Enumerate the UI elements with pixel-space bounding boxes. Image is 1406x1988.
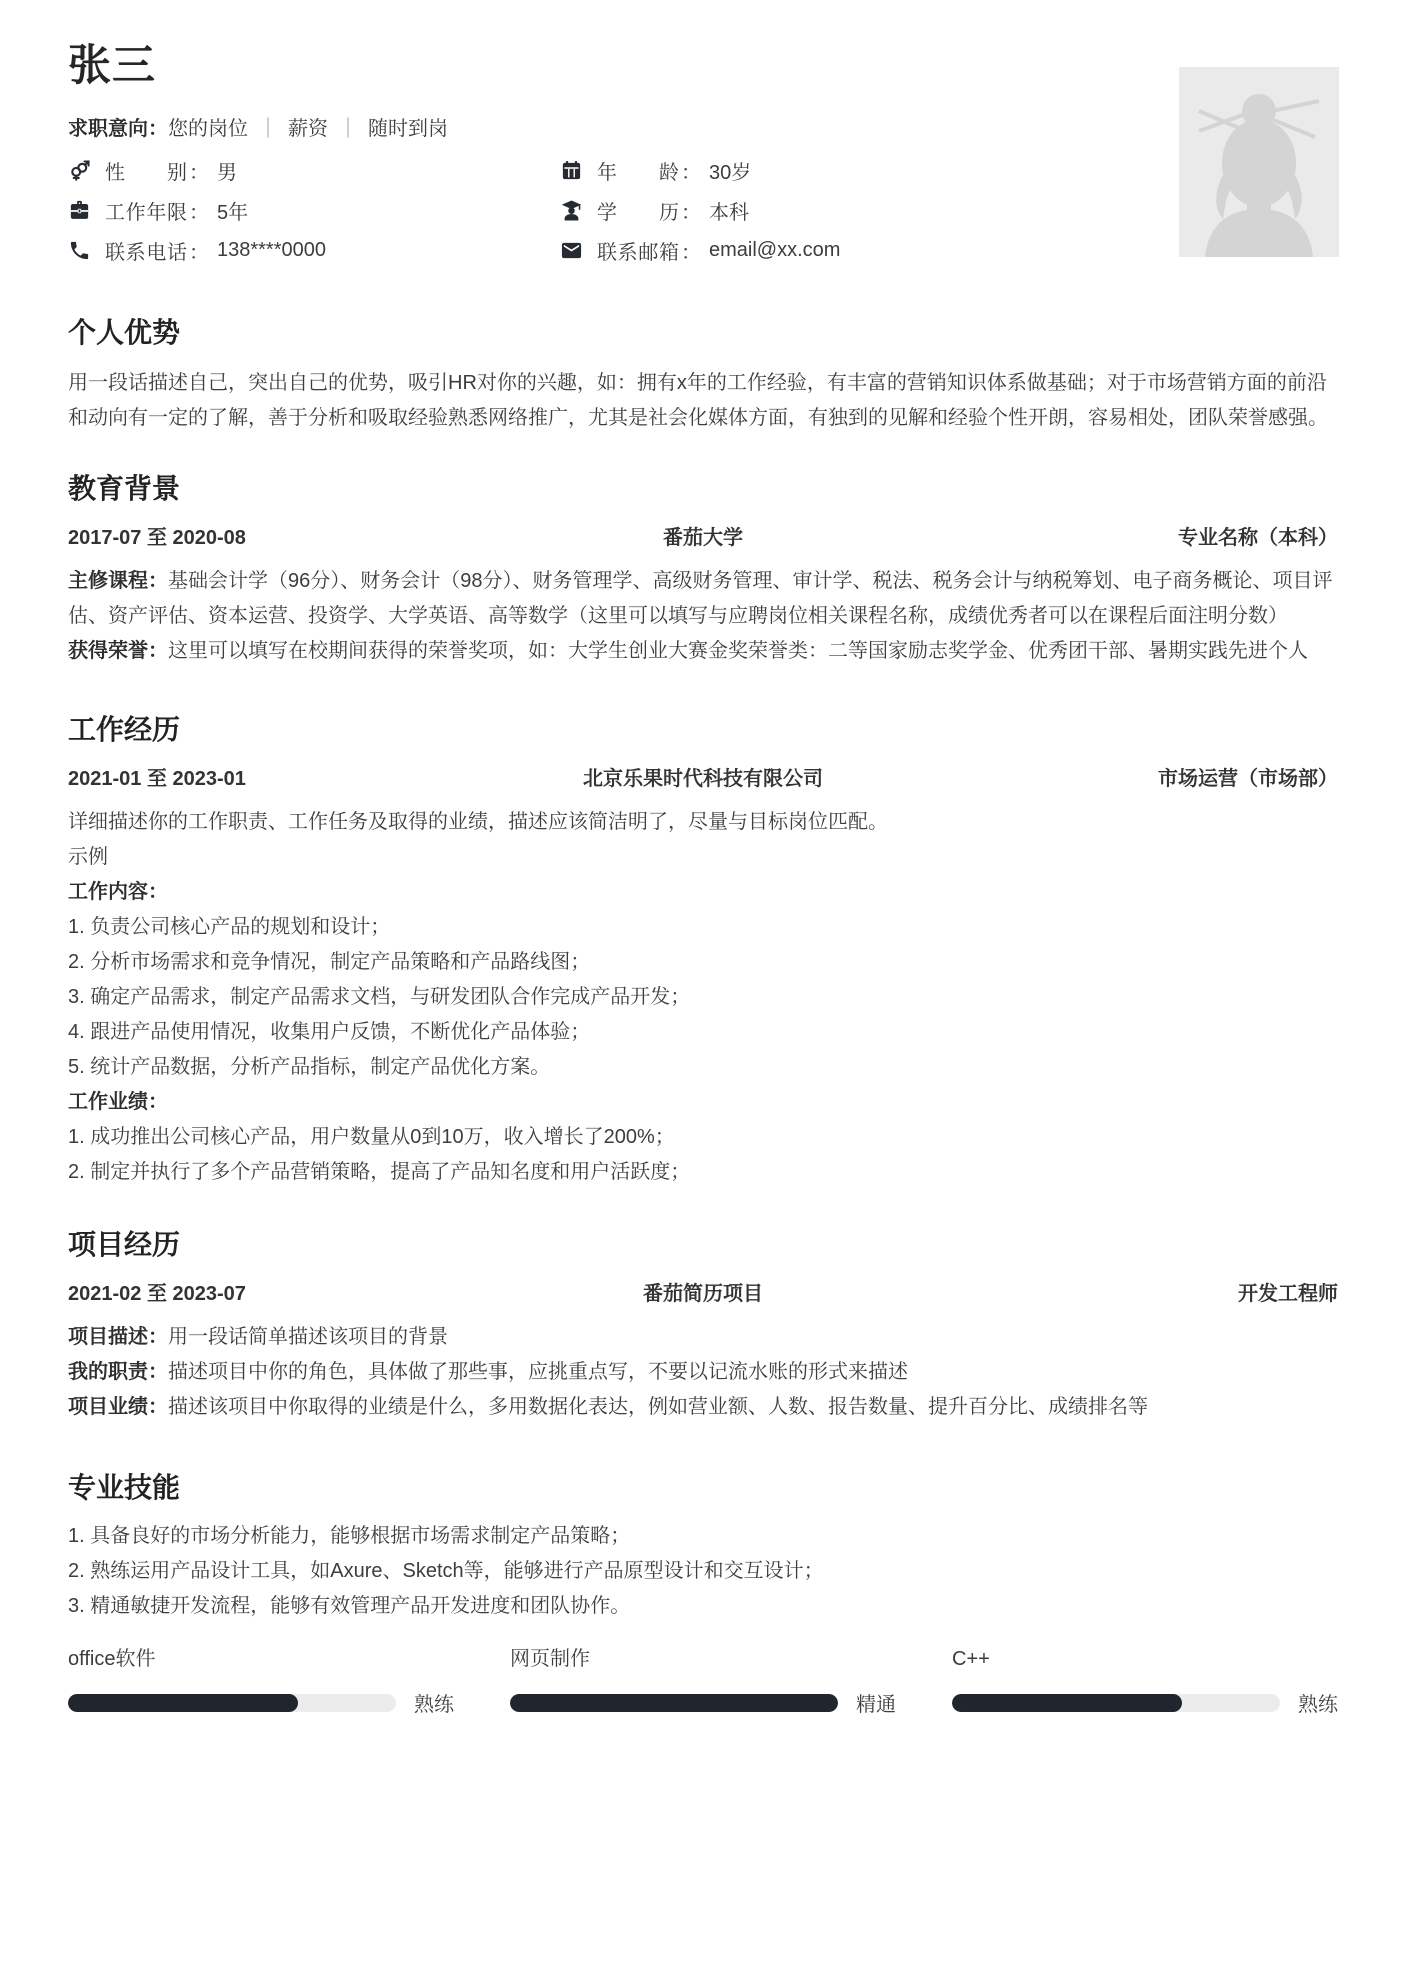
avatar — [1179, 67, 1339, 257]
info-value: 5年 — [217, 196, 248, 225]
info-label: 学历 — [597, 196, 679, 225]
work-content-item: 4. 跟进产品使用情况，收集用户反馈，不断优化产品体验； — [68, 1015, 1338, 1050]
project-name: 番茄简历项目 — [643, 1280, 763, 1308]
section-work: 工作经历 2021-01 至 2023-01 北京乐果时代科技有限公司 市场运营… — [68, 711, 1338, 1190]
briefcase-icon — [68, 199, 91, 222]
work-intro: 详细描述你的工作职责、工作任务及取得的业绩，描述应该简洁明了，尽量与目标岗位匹配… — [68, 805, 1338, 840]
envelope-icon — [560, 239, 583, 262]
info-label: 性别 — [105, 156, 187, 185]
skill-item: 2. 熟练运用产品设计工具，如Axure、Sketch等，能够进行产品原型设计和… — [68, 1554, 1338, 1589]
job-intent-availability: 随时到岗 — [368, 118, 448, 140]
info-age: 年龄：30岁 — [560, 150, 1118, 190]
skill-item: 1. 具备良好的市场分析能力，能够根据市场需求制定产品策略； — [68, 1519, 1338, 1554]
strengths-text: 用一段话描述自己，突出自己的优势，吸引HR对你的兴趣，如：拥有x年的工作经验，有… — [68, 366, 1338, 436]
project-duty: 我的职责：描述项目中你的角色，具体做了那些事，应挑重点写，不要以记流水账的形式来… — [68, 1355, 1338, 1390]
education-period: 2017-07 至 2020-08 — [68, 524, 663, 552]
job-intent-colon: ： — [148, 118, 168, 140]
info-value: email@xx.com — [709, 239, 840, 262]
skill-bar-name: office软件 — [68, 1646, 454, 1672]
section-title-strengths: 个人优势 — [68, 314, 1338, 352]
info-colon: ： — [187, 236, 217, 265]
section-title-work: 工作经历 — [68, 711, 1338, 749]
education-school: 番茄大学 — [663, 524, 743, 552]
honors-label: 获得荣誉： — [68, 640, 168, 662]
work-content-item: 2. 分析市场需求和竞争情况，制定产品策略和产品路线图； — [68, 945, 1338, 980]
info-label: 联系邮箱 — [597, 236, 679, 265]
separator: ｜ — [248, 118, 288, 140]
info-value: 138****0000 — [217, 239, 326, 262]
skill-bar-office: office软件 熟练 — [68, 1646, 454, 1717]
section-title-education: 教育背景 — [68, 470, 1338, 508]
project-description-text: 用一段话简单描述该项目的背景 — [168, 1326, 448, 1348]
work-company: 北京乐果时代科技有限公司 — [583, 765, 823, 793]
info-value: 30岁 — [709, 156, 751, 185]
info-colon: ： — [679, 196, 709, 225]
work-content-label: 工作内容： — [68, 875, 1338, 910]
honors-text: 这里可以填写在校期间获得的荣誉奖项，如：大学生创业大赛金奖荣誉类：二等国家励志奖… — [168, 640, 1308, 662]
separator: ｜ — [328, 118, 368, 140]
skill-bar-web: 网页制作 精通 — [510, 1646, 896, 1717]
info-colon: ： — [187, 156, 217, 185]
job-intent-salary: 薪资 — [288, 118, 328, 140]
project-description-label: 项目描述： — [68, 1326, 168, 1348]
skill-bar-name: 网页制作 — [510, 1646, 896, 1672]
project-results: 项目业绩：描述该项目中你取得的业绩是什么，多用数据化表达，例如营业额、人数、报告… — [68, 1390, 1338, 1425]
education-major: 专业名称（本科） — [743, 524, 1338, 552]
project-description: 项目描述：用一段话简单描述该项目的背景 — [68, 1320, 1338, 1355]
info-label: 工作年限 — [105, 196, 187, 225]
education-row: 2017-07 至 2020-08 番茄大学 专业名称（本科） — [68, 524, 1338, 552]
section-education: 教育背景 2017-07 至 2020-08 番茄大学 专业名称（本科） 主修课… — [68, 470, 1338, 669]
phone-icon — [68, 239, 91, 262]
info-colon: ： — [679, 156, 709, 185]
skill-bar-level: 精通 — [856, 1688, 896, 1717]
job-intent-line: 求职意向：您的岗位｜薪资｜随时到岗 — [68, 116, 1338, 142]
candidate-name: 张三 — [68, 44, 1338, 88]
project-duty-label: 我的职责： — [68, 1361, 168, 1383]
work-results-label: 工作业绩： — [68, 1085, 1338, 1120]
skill-bar-track — [68, 1694, 396, 1712]
skill-bar-track — [952, 1694, 1280, 1712]
skill-bar-fill — [68, 1694, 298, 1712]
section-title-skills: 专业技能 — [68, 1469, 1338, 1507]
info-email: 联系邮箱：email@xx.com — [560, 230, 1118, 270]
skill-item: 3. 精通敏捷开发流程，能够有效管理产品开发进度和团队协作。 — [68, 1589, 1338, 1624]
job-intent-label: 求职意向 — [68, 118, 148, 140]
work-period: 2021-01 至 2023-01 — [68, 765, 583, 793]
skill-bar-level: 熟练 — [414, 1688, 454, 1717]
project-results-text: 描述该项目中你取得的业绩是什么，多用数据化表达，例如营业额、人数、报告数量、提升… — [168, 1396, 1148, 1418]
education-honors: 获得荣誉：这里可以填写在校期间获得的荣誉奖项，如：大学生创业大赛金奖荣誉类：二等… — [68, 634, 1338, 669]
courses-text: 基础会计学（96分）、财务会计（98分）、财务管理学、高级财务管理、审计学、税法… — [68, 570, 1333, 627]
work-content-item: 3. 确定产品需求，制定产品需求文档，与研发团队合作完成产品开发； — [68, 980, 1338, 1015]
info-value: 本科 — [709, 196, 749, 225]
work-results-item: 1. 成功推出公司核心产品，用户数量从0到10万，收入增长了200%； — [68, 1120, 1338, 1155]
skill-bars: office软件 熟练 网页制作 精通 C++ 熟练 — [68, 1646, 1338, 1717]
section-strengths: 个人优势 用一段话描述自己，突出自己的优势，吸引HR对你的兴趣，如：拥有x年的工… — [68, 314, 1338, 436]
work-results-item: 2. 制定并执行了多个产品营销策略，提高了产品知名度和用户活跃度； — [68, 1155, 1338, 1190]
skill-bar-name: C++ — [952, 1646, 1338, 1672]
info-colon: ： — [679, 236, 709, 265]
project-period: 2021-02 至 2023-07 — [68, 1280, 643, 1308]
section-title-project: 项目经历 — [68, 1226, 1338, 1264]
skill-bar-cpp: C++ 熟练 — [952, 1646, 1338, 1717]
info-value: 男 — [217, 156, 237, 185]
calendar-icon — [560, 159, 583, 182]
education-courses: 主修课程：基础会计学（96分）、财务会计（98分）、财务管理学、高级财务管理、审… — [68, 564, 1338, 634]
work-row: 2021-01 至 2023-01 北京乐果时代科技有限公司 市场运营（市场部） — [68, 765, 1338, 793]
skill-bar-level: 熟练 — [1298, 1688, 1338, 1717]
job-intent-position: 您的岗位 — [168, 118, 248, 140]
skill-bar-fill — [952, 1694, 1182, 1712]
skill-bar-track — [510, 1694, 838, 1712]
info-colon: ： — [187, 196, 217, 225]
project-role: 开发工程师 — [763, 1280, 1338, 1308]
basic-info-grid: 性别：男 年龄：30岁 工作年限：5年 — [68, 150, 1118, 270]
project-results-label: 项目业绩： — [68, 1396, 168, 1418]
section-skills: 专业技能 1. 具备良好的市场分析能力，能够根据市场需求制定产品策略； 2. 熟… — [68, 1469, 1338, 1717]
courses-label: 主修课程： — [68, 570, 168, 592]
work-content-item: 1. 负责公司核心产品的规划和设计； — [68, 910, 1338, 945]
gender-icon — [68, 159, 91, 182]
info-gender: 性别：男 — [68, 150, 560, 190]
project-row: 2021-02 至 2023-07 番茄简历项目 开发工程师 — [68, 1280, 1338, 1308]
info-phone: 联系电话：138****0000 — [68, 230, 560, 270]
info-label: 年龄 — [597, 156, 679, 185]
graduation-icon — [560, 199, 583, 222]
info-education: 学历：本科 — [560, 190, 1118, 230]
resume-page: 张三 求职意向：您的岗位｜薪资｜随时到岗 性别：男 年龄：30岁 — [0, 0, 1406, 1988]
work-example: 示例 — [68, 840, 1338, 875]
work-content-item: 5. 统计产品数据，分析产品指标，制定产品优化方案。 — [68, 1050, 1338, 1085]
info-label: 联系电话 — [105, 236, 187, 265]
skill-bar-fill — [510, 1694, 838, 1712]
work-role: 市场运营（市场部） — [823, 765, 1338, 793]
project-duty-text: 描述项目中你的角色，具体做了那些事，应挑重点写，不要以记流水账的形式来描述 — [168, 1361, 908, 1383]
info-work-years: 工作年限：5年 — [68, 190, 560, 230]
section-project: 项目经历 2021-02 至 2023-07 番茄简历项目 开发工程师 项目描述… — [68, 1226, 1338, 1425]
